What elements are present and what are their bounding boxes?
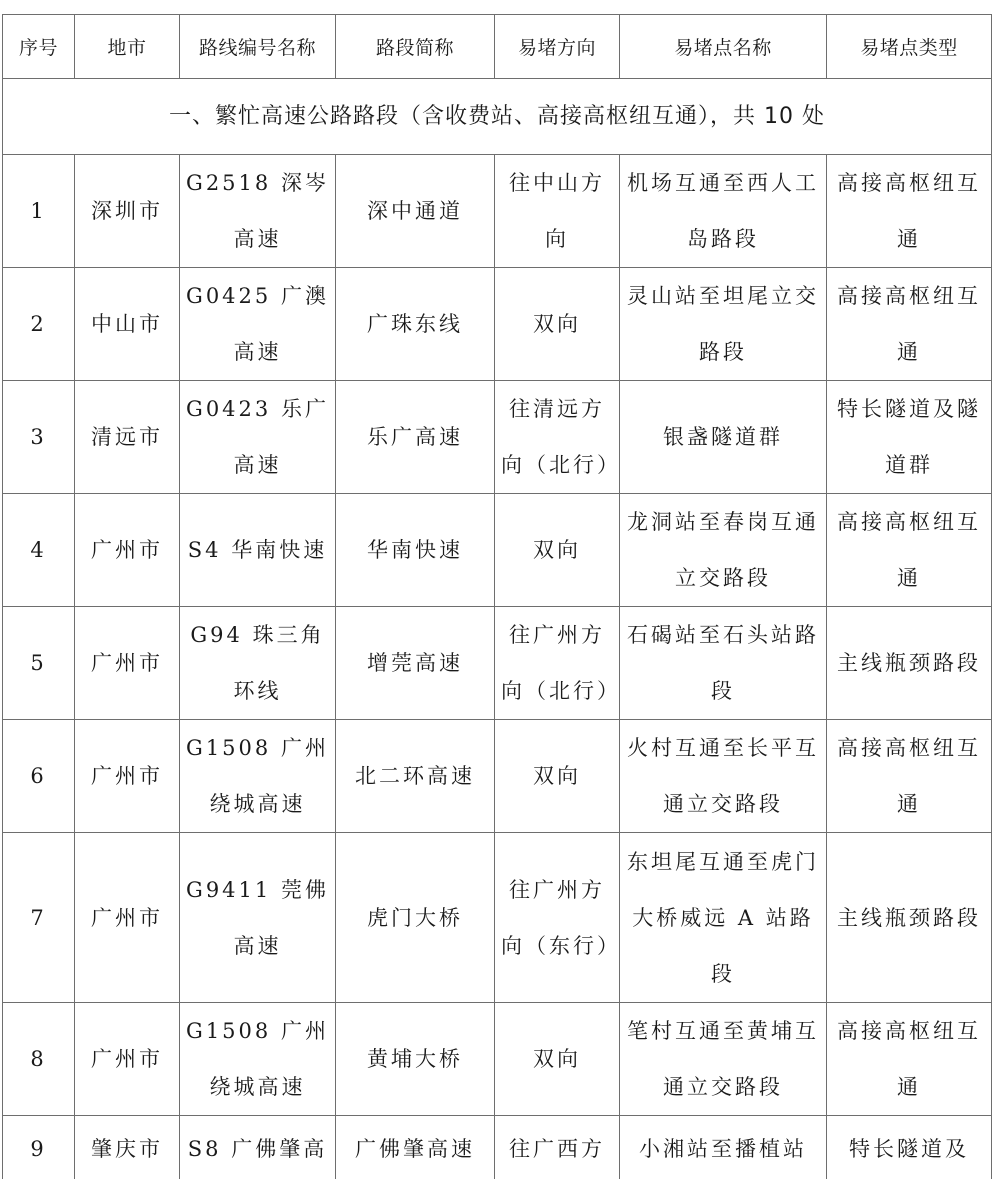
cell-segment: 华南快速 xyxy=(336,494,495,607)
section-title: 一、繁忙高速公路路段（含收费站、高接高枢纽互通），共 10 处 xyxy=(3,79,992,155)
header-point-name: 易堵点名称 xyxy=(620,15,827,79)
congestion-points-table: 序号 地市 路线编号名称 路段简称 易堵方向 易堵点名称 易堵点类型 一、繁忙高… xyxy=(2,14,992,1179)
cell-point-type: 高接高枢纽互通 xyxy=(827,494,992,607)
cell-point-type: 主线瓶颈路段 xyxy=(827,833,992,1003)
cell-segment: 深中通道 xyxy=(336,155,495,268)
cell-segment: 增莞高速 xyxy=(336,607,495,720)
cell-route: G0425 广澳高速 xyxy=(180,268,336,381)
cell-city: 肇庆市 xyxy=(75,1116,180,1179)
cell-no: 3 xyxy=(3,381,75,494)
table-row: 7 广州市 G9411 莞佛高速 虎门大桥 往广州方向（东行） 东坦尾互通至虎门… xyxy=(3,833,992,1003)
cell-city: 清远市 xyxy=(75,381,180,494)
cell-route: S4 华南快速 xyxy=(180,494,336,607)
cell-point-name: 火村互通至长平互通立交路段 xyxy=(620,720,827,833)
cell-no: 2 xyxy=(3,268,75,381)
cell-city: 广州市 xyxy=(75,720,180,833)
cell-segment: 北二环高速 xyxy=(336,720,495,833)
table-row: 2 中山市 G0425 广澳高速 广珠东线 双向 灵山站至坦尾立交路段 高接高枢… xyxy=(3,268,992,381)
cell-point-type: 高接高枢纽互通 xyxy=(827,720,992,833)
cell-point-type: 高接高枢纽互通 xyxy=(827,268,992,381)
cell-direction: 往清远方向（北行） xyxy=(495,381,620,494)
table-row: 4 广州市 S4 华南快速 华南快速 双向 龙洞站至春岗互通立交路段 高接高枢纽… xyxy=(3,494,992,607)
cell-direction: 往中山方向 xyxy=(495,155,620,268)
cell-segment: 广佛肇高速 xyxy=(336,1116,495,1179)
header-segment: 路段简称 xyxy=(336,15,495,79)
cell-direction: 往广州方向（东行） xyxy=(495,833,620,1003)
cell-no: 8 xyxy=(3,1003,75,1116)
cell-direction: 双向 xyxy=(495,494,620,607)
table-row: 8 广州市 G1508 广州绕城高速 黄埔大桥 双向 笔村互通至黄埔互通立交路段… xyxy=(3,1003,992,1116)
cell-point-type: 主线瓶颈路段 xyxy=(827,607,992,720)
cell-route: G0423 乐广高速 xyxy=(180,381,336,494)
header-point-type: 易堵点类型 xyxy=(827,15,992,79)
cell-route: G2518 深岑高速 xyxy=(180,155,336,268)
cell-city: 中山市 xyxy=(75,268,180,381)
table-row: 3 清远市 G0423 乐广高速 乐广高速 往清远方向（北行） 银盏隧道群 特长… xyxy=(3,381,992,494)
cell-point-name: 灵山站至坦尾立交路段 xyxy=(620,268,827,381)
cell-city: 深圳市 xyxy=(75,155,180,268)
section-row: 一、繁忙高速公路路段（含收费站、高接高枢纽互通），共 10 处 xyxy=(3,79,992,155)
cell-point-type: 高接高枢纽互通 xyxy=(827,155,992,268)
cell-direction: 往广西方 xyxy=(495,1116,620,1179)
cell-segment: 乐广高速 xyxy=(336,381,495,494)
cell-city: 广州市 xyxy=(75,833,180,1003)
cell-point-type: 高接高枢纽互通 xyxy=(827,1003,992,1116)
cell-no: 1 xyxy=(3,155,75,268)
cell-segment: 虎门大桥 xyxy=(336,833,495,1003)
cell-no: 7 xyxy=(3,833,75,1003)
cell-city: 广州市 xyxy=(75,607,180,720)
cell-city: 广州市 xyxy=(75,1003,180,1116)
cell-no: 6 xyxy=(3,720,75,833)
cell-direction: 往广州方向（北行） xyxy=(495,607,620,720)
cell-point-name: 笔村互通至黄埔互通立交路段 xyxy=(620,1003,827,1116)
table-row: 5 广州市 G94 珠三角环线 增莞高速 往广州方向（北行） 石碣站至石头站路段… xyxy=(3,607,992,720)
header-route: 路线编号名称 xyxy=(180,15,336,79)
header-city: 地市 xyxy=(75,15,180,79)
header-no: 序号 xyxy=(3,15,75,79)
cell-direction: 双向 xyxy=(495,1003,620,1116)
cell-no: 4 xyxy=(3,494,75,607)
table-row: 1 深圳市 G2518 深岑高速 深中通道 往中山方向 机场互通至西人工岛路段 … xyxy=(3,155,992,268)
cell-route: G1508 广州绕城高速 xyxy=(180,720,336,833)
cell-route: G94 珠三角环线 xyxy=(180,607,336,720)
cell-point-type: 特长隧道及 xyxy=(827,1116,992,1179)
cell-direction: 双向 xyxy=(495,268,620,381)
cell-route: G9411 莞佛高速 xyxy=(180,833,336,1003)
cell-no: 9 xyxy=(3,1116,75,1179)
cell-route: S8 广佛肇高 xyxy=(180,1116,336,1179)
cell-point-name: 东坦尾互通至虎门大桥威远 A 站路段 xyxy=(620,833,827,1003)
cell-direction: 双向 xyxy=(495,720,620,833)
cell-point-name: 石碣站至石头站路段 xyxy=(620,607,827,720)
header-direction: 易堵方向 xyxy=(495,15,620,79)
cell-point-name: 龙洞站至春岗互通立交路段 xyxy=(620,494,827,607)
document-page: 序号 地市 路线编号名称 路段简称 易堵方向 易堵点名称 易堵点类型 一、繁忙高… xyxy=(2,14,992,1179)
cell-point-name: 银盏隧道群 xyxy=(620,381,827,494)
cell-point-name: 机场互通至西人工岛路段 xyxy=(620,155,827,268)
cell-point-type: 特长隧道及隧道群 xyxy=(827,381,992,494)
table-row: 6 广州市 G1508 广州绕城高速 北二环高速 双向 火村互通至长平互通立交路… xyxy=(3,720,992,833)
table-row: 9 肇庆市 S8 广佛肇高 广佛肇高速 往广西方 小湘站至播植站 特长隧道及 xyxy=(3,1116,992,1179)
cell-point-name: 小湘站至播植站 xyxy=(620,1116,827,1179)
cell-segment: 黄埔大桥 xyxy=(336,1003,495,1116)
cell-route: G1508 广州绕城高速 xyxy=(180,1003,336,1116)
cell-no: 5 xyxy=(3,607,75,720)
cell-city: 广州市 xyxy=(75,494,180,607)
header-row: 序号 地市 路线编号名称 路段简称 易堵方向 易堵点名称 易堵点类型 xyxy=(3,15,992,79)
cell-segment: 广珠东线 xyxy=(336,268,495,381)
